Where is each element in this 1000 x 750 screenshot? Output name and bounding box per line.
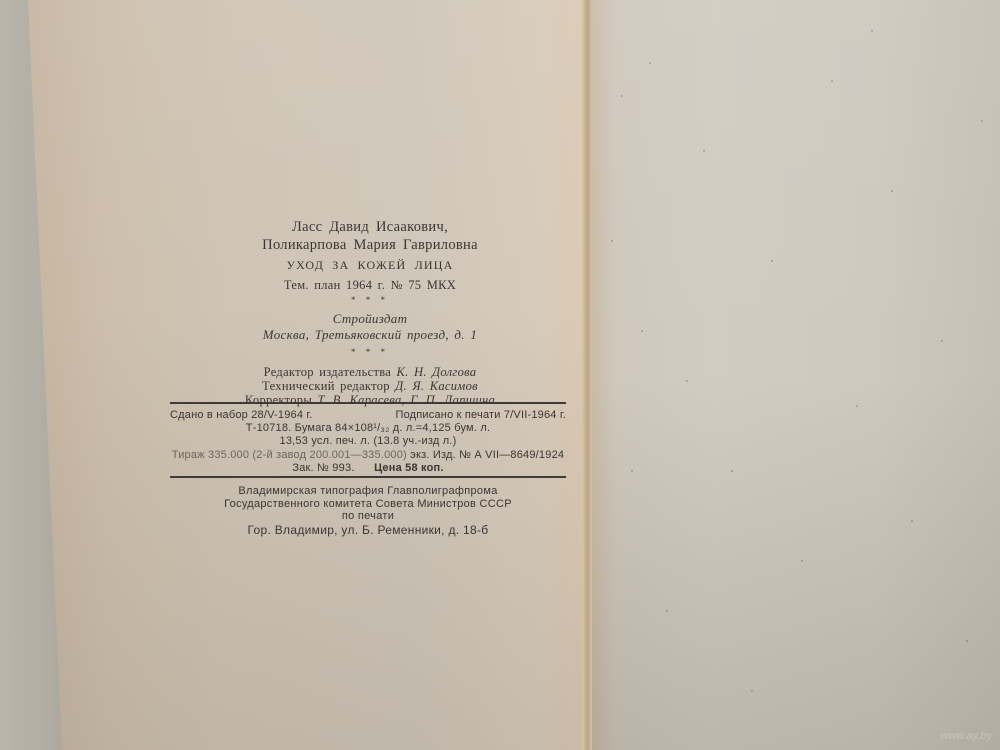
signed-date: Подписано к печати 7/VII-1964 г. (395, 409, 566, 422)
proofreaders-label: Корректоры (245, 393, 312, 407)
paper-format: Т-10718. Бумага 84×108¹/₃₂ д. л.=4,125 б… (170, 422, 566, 435)
tech-editor-line: Технический редактор Д. Я. Касимов (160, 379, 580, 393)
printer-address: Гор. Владимир, ул. Б. Ременники, д. 18-б (170, 523, 566, 537)
bottom-rule (170, 476, 566, 478)
watermark: www.ay.by (940, 730, 992, 742)
tech-editor-label: Технический редактор (262, 379, 390, 393)
editor-line: Редактор издательства К. Н. Долгова (160, 365, 580, 379)
thematic-plan: Тем. план 1964 г. № 75 МКХ (160, 279, 580, 292)
separator-2: * * * (160, 348, 580, 357)
author-2: Поликарпова Мария Гавриловна (160, 236, 580, 254)
right-book-page (591, 0, 1000, 750)
printer-block: Владимирская типография Главполиграфпром… (170, 485, 566, 537)
typeset-date: Сдано в набор 28/V-1964 г. (170, 409, 313, 422)
technical-data: Сдано в набор 28/V-1964 г. Подписано к п… (170, 409, 566, 475)
tech-editor-name: Д. Я. Касимов (395, 379, 478, 393)
book-title: УХОД ЗА КОЖЕЙ ЛИЦА (160, 259, 580, 271)
author-1: Ласс Давид Исаакович, (160, 218, 580, 236)
printer-line-2: Государственного комитета Совета Министр… (170, 498, 566, 511)
proofreaders-names: Т. В. Карасева, Г. П. Лапшина (317, 393, 495, 407)
order-number: Зак. № 993. (292, 462, 354, 474)
publisher-address: Москва, Третьяковский проезд, д. 1 (160, 327, 580, 343)
edition-number: экз. Изд. № А VII—8649/1924 (407, 449, 564, 461)
print-run-line: Тираж 335.000 (2-й завод 200.001—335.000… (170, 449, 566, 462)
book-spine (582, 0, 592, 750)
top-rule (170, 402, 566, 404)
publisher-name: Стройиздат (160, 311, 580, 327)
sheet-count: 13,53 усл. печ. л. (13.8 уч.-изд л.) (170, 435, 566, 448)
order-price-line: Зак. № 993. Цена 58 коп. (170, 462, 566, 475)
imprint-block: Ласс Давид Исаакович, Поликарпова Мария … (160, 218, 580, 407)
price: Цена 58 коп. (374, 462, 444, 474)
separator-1: * * * (160, 296, 580, 305)
tech-line-1: Сдано в набор 28/V-1964 г. Подписано к п… (170, 409, 566, 422)
printer-line-3: по печати (170, 510, 566, 523)
editor-label: Редактор издательства (264, 365, 391, 379)
editor-name: К. Н. Долгова (397, 365, 477, 379)
printer-line-1: Владимирская типография Главполиграфпром… (170, 485, 566, 498)
proofreaders-line: Корректоры Т. В. Карасева, Г. П. Лапшина (160, 393, 580, 407)
print-run: Тираж 335.000 (2-й завод 200.001—335.000… (172, 449, 407, 461)
